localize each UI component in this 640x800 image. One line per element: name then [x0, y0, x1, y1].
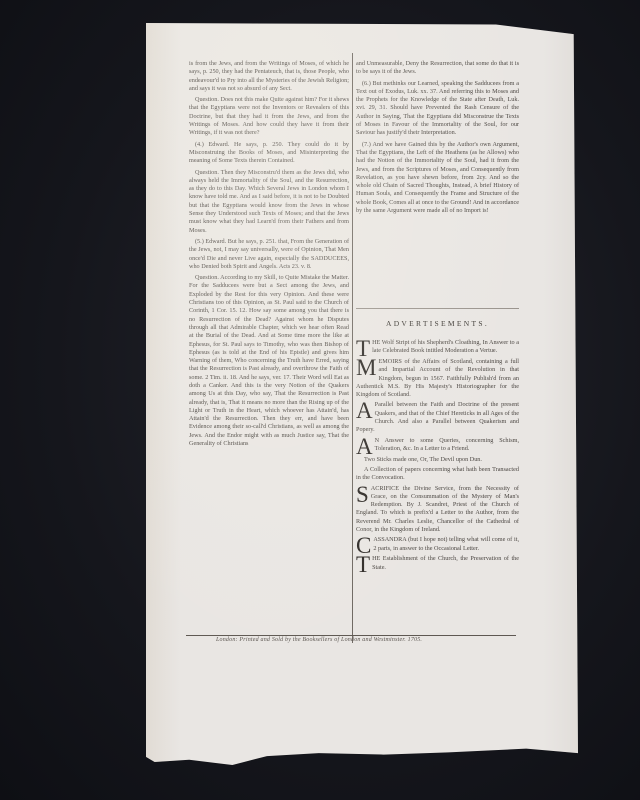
advertisement-text: A Collection of papers concerning what h…: [356, 466, 519, 481]
footer-rule: [186, 635, 516, 636]
advertisement-text: EMOIRS of the Affairs of Scotland, conta…: [356, 358, 519, 398]
drop-cap: T: [356, 555, 370, 572]
drop-cap: M: [356, 358, 376, 377]
advertisement-text: ACRIFICE the Divine Service, from the Ne…: [356, 485, 519, 533]
advertisement-item: A Collection of papers concerning what h…: [356, 466, 519, 483]
drop-cap: A: [356, 401, 373, 420]
advertisements-heading: ADVERTISEMENTS.: [356, 319, 519, 328]
left-paragraph-1: is from the Jews, and from the Writings …: [189, 60, 349, 93]
left-paragraph-6: Question. According to my Skill, to Quit…: [189, 274, 349, 448]
right-paragraph-1: and Unmeasurable, Deny the Resurrection,…: [356, 60, 519, 77]
advertisement-item: SACRIFICE the Divine Service, from the N…: [356, 485, 519, 535]
left-column: is from the Jews, and from the Writings …: [189, 60, 349, 451]
advertisement-item: CASSANDRA (but I hope not) telling what …: [356, 536, 519, 553]
newspaper-page: is from the Jews, and from the Writings …: [146, 23, 578, 768]
advertisement-text: N Answer to some Queries, concerning Sch…: [375, 437, 519, 452]
drop-cap: T: [356, 339, 370, 356]
right-paragraph-3: (7.) And we have Gained this by the Auth…: [356, 141, 519, 216]
left-paragraph-2: Question. Does not this make Quite again…: [189, 96, 349, 137]
advertisement-item: THE Wolf Stript of his Shepherd's Cloath…: [356, 339, 519, 356]
advertisement-text: ASSANDRA (but I hope not) telling what w…: [373, 536, 519, 551]
advertisements-list: THE Wolf Stript of his Shepherd's Cloath…: [356, 339, 519, 574]
section-rule: [356, 308, 519, 309]
advertisement-text: Two Sticks made one, Or, The Devil upon …: [364, 456, 482, 463]
advertisement-item: Two Sticks made one, Or, The Devil upon …: [356, 456, 519, 464]
left-paragraph-3: (4.) Edward. He says, p. 250. They could…: [189, 141, 349, 166]
left-paragraph-5: (5.) Edward. But he says, p. 251. that, …: [189, 238, 349, 271]
drop-cap: C: [356, 536, 371, 553]
right-paragraph-2: (6.) But methinks our Learned, speaking …: [356, 80, 519, 138]
left-paragraph-4: Question. Then they Misconstru'd them as…: [189, 169, 349, 235]
imprint-line: London: Printed and Sold by the Booksell…: [216, 637, 516, 643]
drop-cap: S: [356, 485, 369, 504]
advertisement-item: AN Answer to some Queries, concerning Sc…: [356, 437, 519, 454]
advertisement-item: A Parallel between the Faith and Doctrin…: [356, 401, 519, 434]
right-column: and Unmeasurable, Deny the Resurrection,…: [356, 60, 519, 218]
advertisement-text: Parallel between the Faith and Doctrine …: [356, 401, 519, 433]
advertisement-item: MEMOIRS of the Affairs of Scotland, cont…: [356, 358, 519, 399]
advertisement-text: HE Establishment of the Church, the Pres…: [372, 555, 519, 570]
advertisement-item: THE Establishment of the Church, the Pre…: [356, 555, 519, 572]
drop-cap: A: [356, 437, 373, 454]
advertisement-text: HE Wolf Stript of his Shepherd's Cloathi…: [372, 339, 519, 354]
column-divider: [352, 53, 353, 643]
